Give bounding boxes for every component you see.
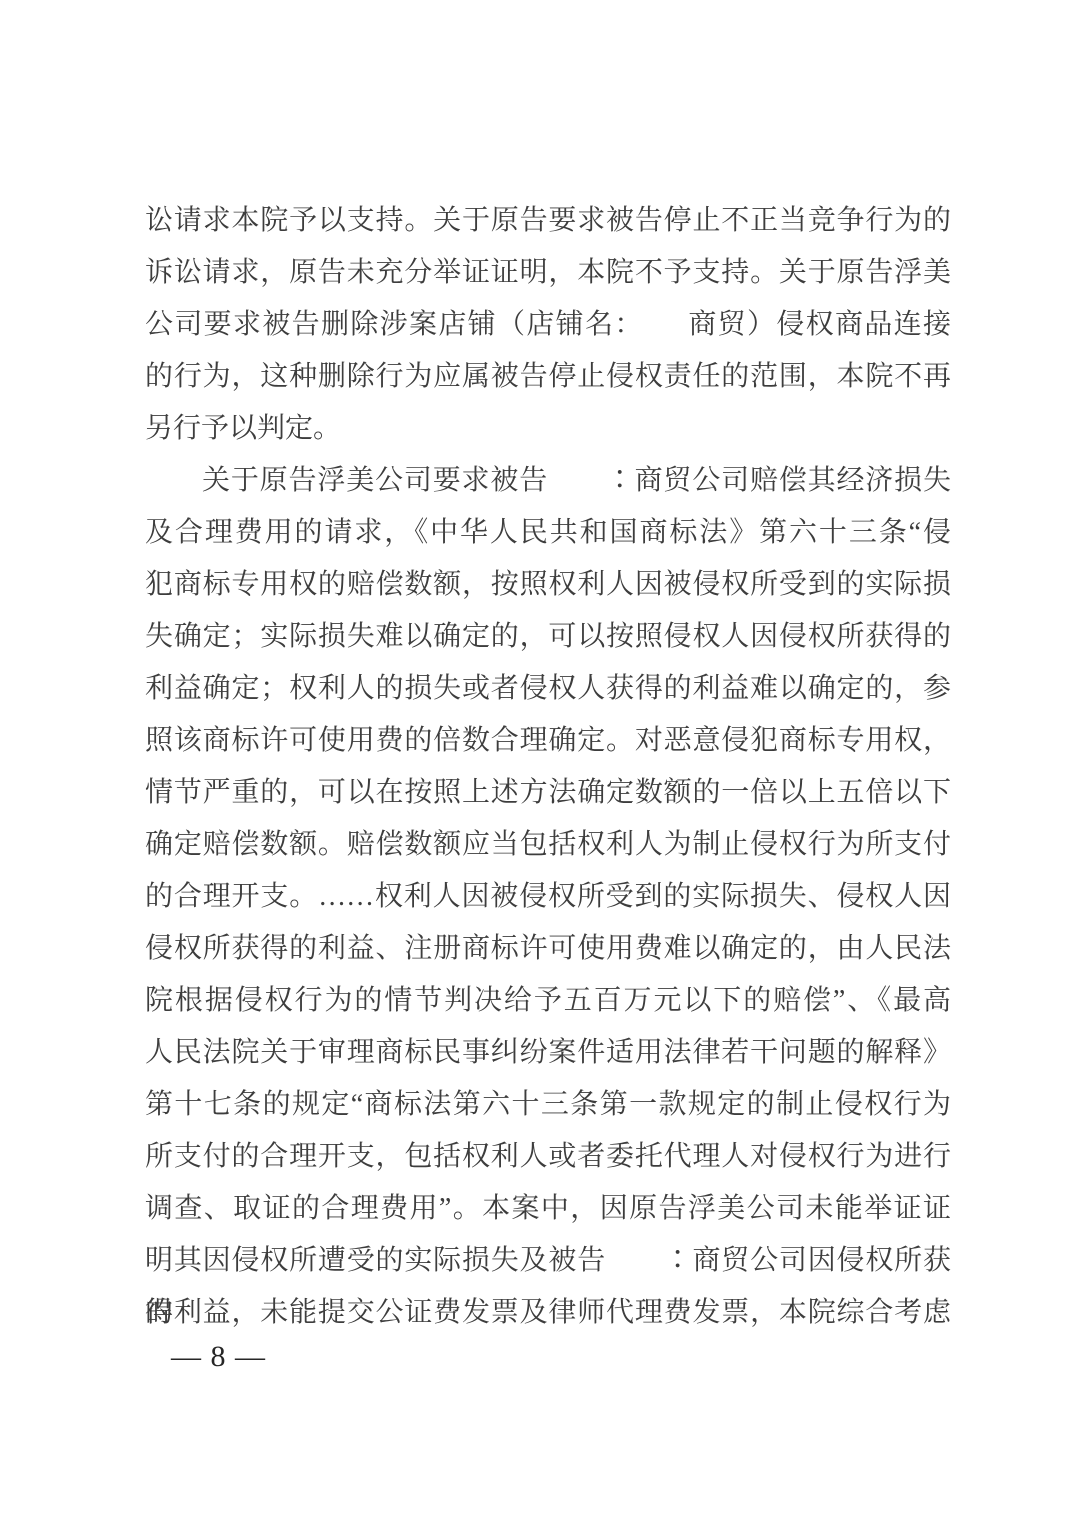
document-page: 讼请求本院予以支持。关于原告要求被告停止不正当竞争行为的诉讼请求，原告未充分举证…: [0, 0, 1080, 1527]
text-line: 诉讼请求，原告未充分举证证明，本院不予支持。关于原告浮美: [145, 247, 951, 299]
text-line: 确定赔偿数额。赔偿数额应当包括权利人为制止侵权行为所支付: [145, 819, 951, 871]
text-line: 人民法院关于审理商标民事纠纷案件适用法律若干问题的解释》: [145, 1027, 951, 1079]
text-line: 情节严重的，可以在按照上述方法确定数额的一倍以上五倍以下: [145, 767, 951, 819]
text-line: 照该商标许可使用费的倍数合理确定。对恶意侵犯商标专用权，: [145, 715, 951, 767]
text-line: 另行予以判定。: [145, 403, 951, 455]
page-number: — 8 —: [171, 1340, 266, 1374]
text-line: 明其因侵权所遭受的实际损失及被告 ∶商贸公司因侵权所获得: [145, 1235, 951, 1287]
text-line: 犯商标专用权的赔偿数额，按照权利人因被侵权所受到的实际损: [145, 559, 951, 611]
document-body: 讼请求本院予以支持。关于原告要求被告停止不正当竞争行为的诉讼请求，原告未充分举证…: [145, 195, 951, 1339]
text-line: 及合理费用的请求，《中华人民共和国商标法》第六十三条“侵: [145, 507, 951, 559]
text-line: 所支付的合理开支，包括权利人或者委托代理人对侵权行为进行: [145, 1131, 951, 1183]
text-line: 第十七条的规定“商标法第六十三条第一款规定的制止侵权行为: [145, 1079, 951, 1131]
text-line: 调查、取证的合理费用”。本案中，因原告浮美公司未能举证证: [145, 1183, 951, 1235]
text-line: 讼请求本院予以支持。关于原告要求被告停止不正当竞争行为的: [145, 195, 951, 247]
text-line: 的行为，这种删除行为应属被告停止侵权责任的范围，本院不再: [145, 351, 951, 403]
text-line: 公司要求被告删除涉案店铺（店铺名： 商贸）侵权商品连接: [145, 299, 951, 351]
text-line: 院根据侵权行为的情节判决给予五百万元以下的赔偿”、《最高: [145, 975, 951, 1027]
text-line: 的合理开支。……权利人因被侵权所受到的实际损失、侵权人因: [145, 871, 951, 923]
text-line: 失确定；实际损失难以确定的，可以按照侵权人因侵权所获得的: [145, 611, 951, 663]
text-line: 侵权所获得的利益、注册商标许可使用费难以确定的，由人民法: [145, 923, 951, 975]
text-line: 利益确定；权利人的损失或者侵权人获得的利益难以确定的，参: [145, 663, 951, 715]
text-line: 关于原告浮美公司要求被告 ∶商贸公司赔偿其经济损失: [145, 455, 951, 507]
text-line: 的利益，未能提交公证费发票及律师代理费发票，本院综合考虑: [145, 1287, 951, 1339]
